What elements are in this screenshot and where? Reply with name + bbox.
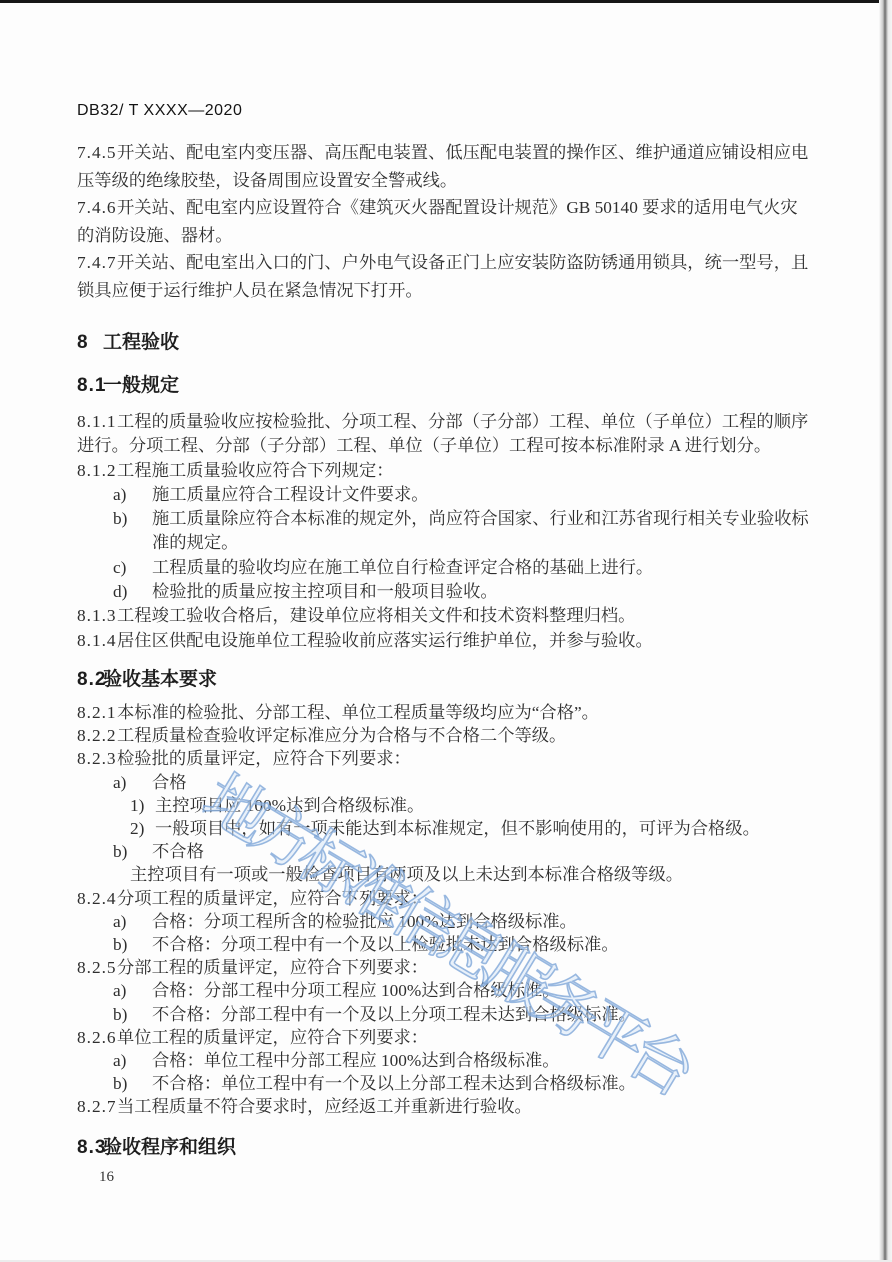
clause-text: 居住区供配电设施单位工程验收前应落实运行维护单位，并参与验收。	[117, 631, 653, 650]
clause-number: 7.4.7	[77, 249, 117, 277]
list-item-label: b)	[113, 933, 152, 956]
running-header: DB32/ T XXXX—2020	[77, 0, 811, 122]
list-item-b: b)不合格：分部工程中有一个及以上分项工程未达到合格级标准。	[113, 1003, 811, 1026]
list-item-label: a)	[113, 910, 152, 933]
sub-item-text: 主控项目应 100%达到合格级标准。	[155, 796, 424, 815]
clause-8-1-4: 8.1.4居住区供配电设施单位工程验收前应落实运行维护单位，并参与验收。	[77, 629, 811, 653]
heading-section-8-2: 8.2验收基本要求	[77, 668, 811, 692]
list-item-text: 不合格：分部工程中有一个及以上分项工程未达到合格级标准。	[152, 1005, 636, 1024]
list-item-a: a)合格：分部工程中分项工程应 100%达到合格级标准。	[113, 979, 811, 1002]
clause-text: 工程的质量验收应按检验批、分项工程、分部（子分部）工程、单位（子单位）工程的顺序…	[77, 412, 808, 455]
list-item-label: a)	[113, 1049, 152, 1072]
sub-item-1: 1)主控项目应 100%达到合格级标准。	[130, 794, 811, 817]
clause-text: 开关站、配电室内变压器、高压配电装置、低压配电装置的操作区、维护通道应铺设相应电…	[77, 143, 808, 190]
sub-item-label: 1)	[130, 794, 155, 817]
heading-chapter-8: 8工程验收	[77, 331, 811, 355]
continuation-text: 主控项目有一项或一般检查项目有两项及以上未达到本标准合格级等级。	[130, 863, 811, 886]
list-item-label: b)	[113, 507, 152, 531]
list-item-label: d)	[113, 580, 152, 604]
list-item-label: b)	[113, 1003, 152, 1026]
clause-number: 8.1.1	[77, 410, 117, 434]
clause-text: 分项工程的质量评定，应符合下列要求：	[117, 889, 428, 908]
list-item-text: 不合格	[152, 842, 204, 861]
clause-8-2-7: 8.2.7当工程质量不符合要求时，应经返工并重新进行验收。	[77, 1095, 811, 1118]
list-item-text: 施工质量除应符合本标准的规定外，尚应符合国家、行业和江苏省现行相关专业验收标准的…	[152, 509, 809, 552]
heading-title: 一般规定	[103, 375, 179, 396]
heading-section-8-1: 8.1一般规定	[77, 374, 811, 398]
clause-number: 7.4.5	[77, 139, 117, 167]
clause-8-1-3: 8.1.3工程竣工验收合格后，建设单位应将相关文件和技术资料整理归档。	[77, 604, 811, 628]
list-item-text: 合格	[152, 773, 187, 792]
clause-text: 开关站、配电室出入口的门、户外电气设备正门上应安装防盗防锈通用锁具，统一型号，且…	[77, 253, 808, 300]
continuation-line: 主控项目有一项或一般检查项目有两项及以上未达到本标准合格级等级。	[130, 865, 683, 884]
clause-text: 工程施工质量验收应符合下列规定：	[117, 461, 394, 480]
heading-title: 验收程序和组织	[103, 1137, 236, 1158]
clause-number: 8.1.2	[77, 459, 117, 483]
clause-number: 8.2.3	[77, 747, 117, 770]
list-item-label: a)	[113, 483, 152, 507]
clause-8-2-6: 8.2.6单位工程的质量评定，应符合下列要求：	[77, 1026, 811, 1049]
clause-text: 单位工程的质量评定，应符合下列要求：	[117, 1028, 428, 1047]
sub-item-label: 2)	[130, 817, 155, 840]
sub-item-text: 一般项目中，如有一项未能达到本标准规定，但不影响使用的，可评为合格级。	[155, 819, 760, 838]
heading-title: 验收基本要求	[103, 669, 217, 690]
clauses-8-1: 8.1.1工程的质量验收应按检验批、分项工程、分部（子分部）工程、单位（子单位）…	[77, 410, 811, 653]
clause-number: 8.2.5	[77, 956, 117, 979]
clause-8-2-2: 8.2.2工程质量检查验收评定标准应分为合格与不合格二个等级。	[77, 724, 811, 747]
clause-text: 检验批的质量评定，应符合下列要求：	[117, 749, 411, 768]
clause-8-2-5: 8.2.5分部工程的质量评定，应符合下列要求：	[77, 956, 811, 979]
heading-section-8-3: 8.3验收程序和组织	[77, 1136, 811, 1160]
clause-number: 8.2.7	[77, 1095, 117, 1118]
clause-text: 开关站、配电室内应设置符合《建筑灭火器配置设计规范》GB 50140 要求的适用…	[77, 198, 798, 245]
clause-8-2-3: 8.2.3检验批的质量评定，应符合下列要求：	[77, 747, 811, 770]
list-item-text: 合格：单位工程中分部工程应 100%达到合格级标准。	[152, 1051, 560, 1070]
sub-item-2: 2)一般项目中，如有一项未能达到本标准规定，但不影响使用的，可评为合格级。	[130, 817, 811, 840]
document-page: DB32/ T XXXX—2020 7.4.5开关站、配电室内变压器、高压配电装…	[0, 0, 892, 1262]
list-item-text: 工程质量的验收均应在施工单位自行检查评定合格的基础上进行。	[152, 558, 653, 577]
clause-number: 8.2.1	[77, 701, 117, 724]
heading-title: 工程验收	[103, 332, 179, 353]
clause-number: 8.2.6	[77, 1026, 117, 1049]
clause-text: 工程质量检查验收评定标准应分为合格与不合格二个等级。	[117, 726, 566, 745]
clause-7-4-6: 7.4.6开关站、配电室内应设置符合《建筑灭火器配置设计规范》GB 50140 …	[77, 194, 811, 249]
heading-number: 8.3	[77, 1136, 103, 1160]
clause-text: 当工程质量不符合要求时，应经返工并重新进行验收。	[117, 1097, 532, 1116]
list-item-text: 合格：分部工程中分项工程应 100%达到合格级标准。	[152, 981, 560, 1000]
clause-8-2-1: 8.2.1本标准的检验批、分部工程、单位工程质量等级均应为“合格”。	[77, 701, 811, 724]
list-item-a: a)合格	[113, 771, 811, 794]
list-item-a: a)施工质量应符合工程设计文件要求。	[113, 483, 811, 507]
clause-number: 8.1.3	[77, 604, 117, 628]
clause-number: 8.1.4	[77, 629, 117, 653]
clause-number: 8.2.4	[77, 887, 117, 910]
heading-number: 8.1	[77, 374, 103, 398]
list-item-text: 施工质量应符合工程设计文件要求。	[152, 485, 429, 504]
list-item-c: c)工程质量的验收均应在施工单位自行检查评定合格的基础上进行。	[113, 556, 811, 580]
list-item-label: a)	[113, 771, 152, 794]
list-item-a: a)合格：单位工程中分部工程应 100%达到合格级标准。	[113, 1049, 811, 1072]
list-item-b: b)不合格：分项工程中有一个及以上检验批未达到合格级标准。	[113, 933, 811, 956]
list-item-text: 检验批的质量应按主控项目和一般项目验收。	[152, 582, 498, 601]
clause-number: 7.4.6	[77, 194, 117, 222]
clause-8-2-4: 8.2.4分项工程的质量评定，应符合下列要求：	[77, 887, 811, 910]
list-item-label: c)	[113, 556, 152, 580]
list-item-b: b)不合格	[113, 840, 811, 863]
list-item-text: 合格：分项工程所含的检验批应 100%达到合格级标准。	[152, 912, 577, 931]
list-item-d: d)检验批的质量应按主控项目和一般项目验收。	[113, 580, 811, 604]
list-item-text: 不合格：单位工程中有一个及以上分部工程未达到合格级标准。	[152, 1074, 636, 1093]
clauses-7-4: 7.4.5开关站、配电室内变压器、高压配电装置、低压配电装置的操作区、维护通道应…	[77, 139, 811, 304]
page-number: 16	[77, 1169, 811, 1186]
heading-number: 8	[77, 331, 103, 355]
clause-8-1-2: 8.1.2工程施工质量验收应符合下列规定：	[77, 459, 811, 483]
clause-text: 工程竣工验收合格后，建设单位应将相关文件和技术资料整理归档。	[117, 606, 635, 625]
list-item-a: a)合格：分项工程所含的检验批应 100%达到合格级标准。	[113, 910, 811, 933]
clause-8-1-1: 8.1.1工程的质量验收应按检验批、分项工程、分部（子分部）工程、单位（子单位）…	[77, 410, 811, 459]
clause-7-4-7: 7.4.7开关站、配电室出入口的门、户外电气设备正门上应安装防盗防锈通用锁具，统…	[77, 249, 811, 304]
clause-7-4-5: 7.4.5开关站、配电室内变压器、高压配电装置、低压配电装置的操作区、维护通道应…	[77, 139, 811, 194]
list-item-b: b)不合格：单位工程中有一个及以上分部工程未达到合格级标准。	[113, 1072, 811, 1095]
list-item-label: b)	[113, 1072, 152, 1095]
heading-number: 8.2	[77, 668, 103, 692]
clauses-8-2: 8.2.1本标准的检验批、分部工程、单位工程质量等级均应为“合格”。 8.2.2…	[77, 701, 811, 1119]
clause-text: 分部工程的质量评定，应符合下列要求：	[117, 958, 428, 977]
clause-text: 本标准的检验批、分部工程、单位工程质量等级均应为“合格”。	[117, 703, 599, 722]
list-item-text: 不合格：分项工程中有一个及以上检验批未达到合格级标准。	[152, 935, 619, 954]
clause-number: 8.2.2	[77, 724, 117, 747]
list-item-b: b)施工质量除应符合本标准的规定外，尚应符合国家、行业和江苏省现行相关专业验收标…	[113, 507, 811, 556]
list-item-label: a)	[113, 979, 152, 1002]
list-item-label: b)	[113, 840, 152, 863]
